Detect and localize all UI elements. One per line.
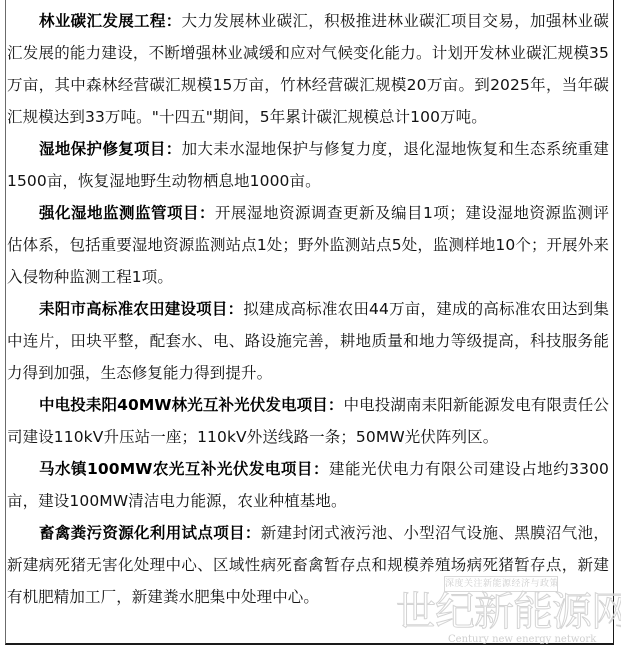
paragraph-heading: 耒阳市高标准农田建设项目：	[39, 300, 243, 318]
paragraph-farmland-construction: 耒阳市高标准农田建设项目：拟建成高标准农田44万亩，建成的高标准农田达到集中连片…	[7, 293, 609, 389]
paragraph-heading: 湿地保护修复项目：	[39, 140, 182, 158]
paragraph-wetland-monitoring: 强化湿地监测监管项目：开展湿地资源调查更新及编目1项；建设湿地资源监测评估体系，…	[7, 197, 609, 293]
document-body: 林业碳汇发展工程：大力发展林业碳汇，积极推进林业碳汇项目交易，加强林业碳汇发展的…	[7, 5, 609, 613]
paragraph-heading: 马水镇100MW农光互补光伏发电项目：	[39, 460, 329, 478]
paragraph-agri-pv-project: 马水镇100MW农光互补光伏发电项目：建能光伏电力有限公司建设占地约3300亩，…	[7, 453, 609, 517]
paragraph-heading: 强化湿地监测监管项目：	[39, 204, 215, 222]
paragraph-livestock-manure: 畜禽粪污资源化利用试点项目：新建封闭式液污池、小型沼气设施、黑膜沼气池，新建病死…	[7, 517, 609, 613]
paragraph-forest-pv-project: 中电投耒阳40MW林光互补光伏发电项目：中电投湖南耒阳新能源发电有限责任公司建设…	[7, 389, 609, 453]
paragraph-heading: 林业碳汇发展工程：	[39, 12, 182, 30]
paragraph-heading: 中电投耒阳40MW林光互补光伏发电项目：	[39, 396, 343, 414]
paragraph-heading: 畜禽粪污资源化利用试点项目：	[39, 524, 261, 542]
paragraph-forestry-carbon-sink: 林业碳汇发展工程：大力发展林业碳汇，积极推进林业碳汇项目交易，加强林业碳汇发展的…	[7, 5, 609, 133]
paragraph-wetland-restoration: 湿地保护修复项目：加大耒水湿地保护与修复力度，退化湿地恢复和生态系统重建1500…	[7, 133, 609, 197]
